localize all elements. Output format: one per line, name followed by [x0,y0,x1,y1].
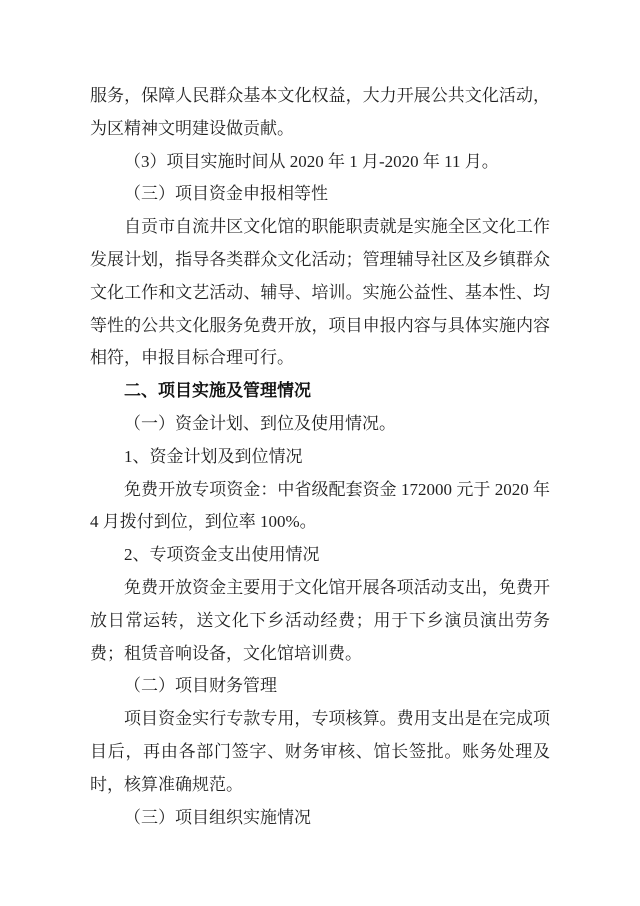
subsection-heading-organization-implementation: （三）项目组织实施情况 [90,802,550,835]
paragraph-fund-spending-details: 免费开放资金主要用于文化馆开展各项活动支出，免费开放日常运转，送文化下乡活动经费… [90,572,550,670]
paragraph-item-3-timeline: （3）项目实施时间从 2020 年 1 月-2020 年 11 月。 [90,146,550,179]
paragraph-fund-arrival-details: 免费开放专项资金：中省级配套资金 172000 元于 2020 年 4 月拨付到… [90,474,550,540]
paragraph-continuation: 服务，保障人民群众基本文化权益，大力开展公共文化活动，为区精神文明建设做贡献。 [90,80,550,146]
subitem-heading-fund-plan-arrival: 1、资金计划及到位情况 [90,441,550,474]
subsection-heading-funding-declaration: （三）项目资金申报相等性 [90,178,550,211]
subitem-heading-fund-spending: 2、专项资金支出使用情况 [90,539,550,572]
paragraph-financial-management-details: 项目资金实行专款专用，专项核算。费用支出是在完成项目后，再由各部门签字、财务审核… [90,703,550,801]
document-page: 服务，保障人民群众基本文化权益，大力开展公共文化活动，为区精神文明建设做贡献。 … [0,0,640,906]
paragraph-duties-description: 自贡市自流井区文化馆的职能职责就是实施全区文化工作发展计划，指导各类群众文化活动… [90,211,550,375]
section-heading-implementation-management: 二、项目实施及管理情况 [90,375,550,408]
subsection-heading-fund-plan-usage: （一）资金计划、到位及使用情况。 [90,408,550,441]
document-text-block: 服务，保障人民群众基本文化权益，大力开展公共文化活动，为区精神文明建设做贡献。 … [90,80,550,834]
subsection-heading-financial-management: （二）项目财务管理 [90,670,550,703]
